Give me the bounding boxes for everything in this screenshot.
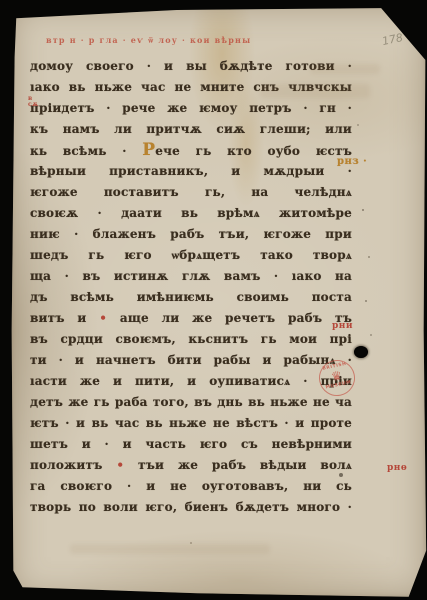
show-through-smudge xyxy=(310,64,380,74)
text-segment: положитъ xyxy=(30,458,116,472)
text-line: положитъ • тъи же рабъ вѣдыи волѧ xyxy=(30,455,352,476)
text-segment: га своѥго · и не оуготовавъ, ни сь xyxy=(30,479,352,493)
text-segment: творь по воли ѥго, биенъ бѫдетъ много · xyxy=(30,500,352,514)
folio-number-pencil: 178 xyxy=(381,31,404,48)
left-margin-lection-note: всѫ xyxy=(28,96,39,108)
text-segment: пріидетъ · рече же ѥмоу петръ · гн · xyxy=(30,101,352,115)
text-line: ща · въ истинѫ глѫ вамъ · ıако на xyxy=(30,266,352,287)
header-rubric: втр н · р гла · еѵ ѿ лоу · кои вѣрны xyxy=(46,35,251,45)
text-line: домоу своего · и вы бѫдѣте готови · xyxy=(30,56,352,77)
photograph-background: { "page": { "folio_number": "178", "head… xyxy=(0,0,427,600)
text-segment: тъи же рабъ вѣдыи волѧ xyxy=(138,458,352,472)
text-segment: • xyxy=(116,458,138,472)
text-segment: ıасти же и пити, и оупиватисѧ · пріи xyxy=(30,374,352,388)
text-line: вѣрныи приставникъ, и мѫдрыи · xyxy=(30,161,352,182)
text-segment: домоу своего · и вы бѫдѣте готови · xyxy=(30,59,352,73)
text-segment: къ намъ ли притчѫ сиѫ глеши; или xyxy=(30,122,352,136)
text-line: кь всѣмь · Рече гь кто оубо ѥстъ xyxy=(30,140,352,161)
text-line: ниѥ · блаженъ рабъ тъи, ѥгоже при xyxy=(30,224,352,245)
manuscript-leaf: втр н · р гла · еѵ ѿ лоу · кои вѣрны 178… xyxy=(10,4,427,598)
text-segment: • xyxy=(99,311,120,325)
text-segment: ниѥ · блаженъ рабъ тъи, ѥгоже при xyxy=(30,227,352,241)
text-line: ıасти же и пити, и оупиватисѧ · пріи xyxy=(30,371,352,392)
text-line: шетъ и · и часть ѥго съ невѣрними xyxy=(30,434,352,455)
text-line: дъ всѣмь имѣниѥмь своимь поста xyxy=(30,287,352,308)
text-line: ти · и начнетъ бити рабы и рабынѧ · xyxy=(30,350,352,371)
text-line: творь по воли ѥго, биенъ бѫдетъ много · xyxy=(30,497,352,518)
text-line: пріидетъ · рече же ѥмоу петръ · гн · xyxy=(30,98,352,119)
text-line: детъ же гь раба того, въ днь вь ньже не … xyxy=(30,392,352,413)
text-block: домоу своего · и вы бѫдѣте готови ·ıако … xyxy=(30,56,352,518)
text-segment: шетъ и · и часть ѥго съ невѣрними xyxy=(30,437,352,451)
text-segment: детъ же гь раба того, въ днь вь ньже не … xyxy=(30,395,352,409)
ink-specks xyxy=(10,4,12,6)
text-segment: вѣрныи приставникъ, и мѫдрыи · xyxy=(30,164,352,178)
text-segment: въ срдци своѥмъ, кьснитъ гь мои прі xyxy=(30,332,352,346)
section-number-158: рни xyxy=(332,322,353,331)
text-line: ѥтъ · и вь час вь ньже не вѣстъ · и прот… xyxy=(30,413,352,434)
show-through-smudge xyxy=(260,84,370,98)
text-segment: витъ и xyxy=(30,311,99,325)
text-line: къ намъ ли притчѫ сиѫ глеши; или xyxy=(30,119,352,140)
text-line: га своѥго · и не оуготовавъ, ни сь xyxy=(30,476,352,497)
text-segment: своѥѫ · даати вь врѣмѧ житомѣре xyxy=(30,206,352,220)
section-number-157: рнз · xyxy=(337,157,367,167)
text-line: ѥгоже поставитъ гь, на челѣднѧ xyxy=(30,182,352,203)
text-segment: шедъ гь ѥго ѡбрѧщетъ тако творѧ xyxy=(30,248,352,262)
section-number-159: рнѳ xyxy=(387,464,407,473)
text-segment: ече гь кто оубо ѥстъ xyxy=(155,144,352,158)
text-segment: ѥтъ · и вь час вь ньже не вѣстъ · и прот… xyxy=(30,416,352,430)
text-line: витъ и • аще ли же речетъ рабъ тъ xyxy=(30,308,352,329)
text-line: въ срдци своѥмъ, кьснитъ гь мои прі xyxy=(30,329,352,350)
parchment-hole xyxy=(354,346,368,358)
text-segment: аще ли же речетъ рабъ тъ xyxy=(120,311,352,325)
text-segment: ѥгоже поставитъ гь, на челѣднѧ xyxy=(30,185,352,199)
text-line: шедъ гь ѥго ѡбрѧщетъ тако творѧ xyxy=(30,245,352,266)
show-through-smudge xyxy=(70,544,270,554)
text-segment: дъ всѣмь имѣниѥмь своимь поста xyxy=(30,290,352,304)
text-segment: кь всѣмь · xyxy=(30,144,142,158)
illuminated-initial: Р xyxy=(142,140,155,160)
text-segment: ти · и начнетъ бити рабы и рабынѧ · xyxy=(30,353,352,367)
text-segment: ща · въ истинѫ глѫ вамъ · ıако на xyxy=(30,269,352,283)
text-line: своѥѫ · даати вь врѣмѧ житомѣре xyxy=(30,203,352,224)
